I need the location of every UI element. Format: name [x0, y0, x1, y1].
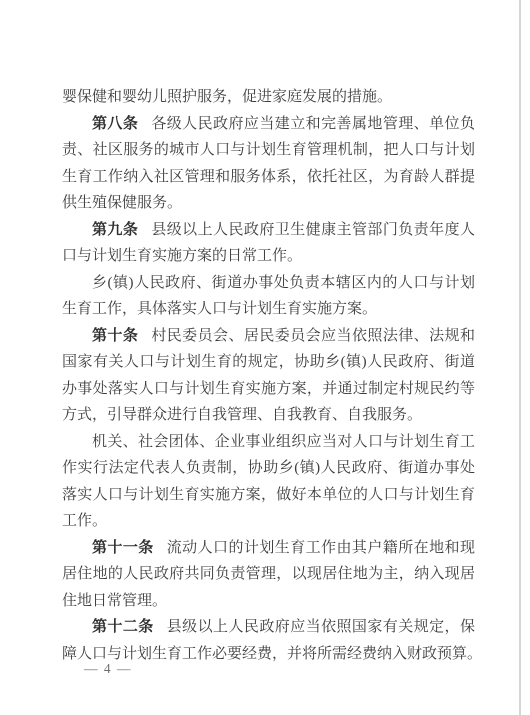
- document-line: 落实人口与计划生育实施方案，做好本单位的人口与计划生育: [62, 482, 475, 509]
- line-text: 国家有关人口与计划生育的规定，协助乡(镇)人民政府、街道: [62, 354, 475, 370]
- document-line: 第十一条流动人口的计划生育工作由其户籍所在地和现: [62, 535, 475, 562]
- line-text: 生育工作，具体落实人口与计划生育实施方案。: [62, 301, 377, 317]
- line-text: 办事处落实人口与计划生育实施方案，并通过制定村规民约等: [62, 381, 475, 397]
- line-text: 供生殖保健服务。: [62, 195, 182, 211]
- document-line: 机关、社会团体、企业事业组织应当对人口与计划生育工: [62, 429, 475, 456]
- line-text: 各级人民政府应当建立和完善属地管理、单位负: [151, 116, 475, 132]
- document-line: 办事处落实人口与计划生育实施方案，并通过制定村规民约等: [62, 376, 475, 403]
- line-text: 县级以上人民政府应当依照国家有关规定，保: [167, 619, 475, 635]
- line-text: 生育工作纳入社区管理和服务体系，依托社区，为育龄人群提: [62, 169, 475, 185]
- article-number: 第八条: [92, 116, 138, 132]
- article-number: 第十一条: [92, 540, 154, 556]
- line-text: 口与计划生育实施方案的日常工作。: [62, 248, 302, 264]
- document-line: 国家有关人口与计划生育的规定，协助乡(镇)人民政府、街道: [62, 349, 475, 376]
- document-line: 婴保健和婴幼儿照护服务，促进家庭发展的措施。: [62, 84, 475, 111]
- document-line: 作实行法定代表人负责制，协助乡(镇)人民政府、街道办事处: [62, 455, 475, 482]
- document-line: 生育工作纳入社区管理和服务体系，依托社区，为育龄人群提: [62, 164, 475, 191]
- document-line: 口与计划生育实施方案的日常工作。: [62, 243, 475, 270]
- article-number: 第九条: [92, 222, 138, 238]
- line-text: 婴保健和婴幼儿照护服务，促进家庭发展的措施。: [62, 89, 392, 105]
- document-line: 第九条县级以上人民政府卫生健康主管部门负责年度人: [62, 217, 475, 244]
- document-line: 住地日常管理。: [62, 588, 475, 615]
- line-text: 乡(镇)人民政府、街道办事处负责本辖区内的人口与计划: [92, 275, 475, 291]
- document-line: 第十条村民委员会、居民委员会应当依照法律、法规和: [62, 323, 475, 350]
- page-edge-line: [519, 0, 521, 715]
- line-text: 村民委员会、居民委员会应当依照法律、法规和: [151, 328, 475, 344]
- line-text: 居住地的人民政府共同负责管理，以现居住地为主，纳入现居: [62, 566, 475, 582]
- line-text: 责、社区服务的城市人口与计划生育管理机制，把人口与计划: [62, 142, 475, 158]
- line-text: 工作。: [62, 513, 107, 529]
- document-line: 居住地的人民政府共同负责管理，以现居住地为主，纳入现居: [62, 561, 475, 588]
- line-text: 机关、社会团体、企业事业组织应当对人口与计划生育工: [92, 434, 475, 450]
- document-line: 乡(镇)人民政府、街道办事处负责本辖区内的人口与计划: [62, 270, 475, 297]
- document-line: 生育工作，具体落实人口与计划生育实施方案。: [62, 296, 475, 323]
- line-text: 方式，引导群众进行自我管理、自我教育、自我服务。: [62, 407, 422, 423]
- line-text: 县级以上人民政府卫生健康主管部门负责年度人: [151, 222, 475, 238]
- document-line: 供生殖保健服务。: [62, 190, 475, 217]
- document-line: 第八条各级人民政府应当建立和完善属地管理、单位负: [62, 111, 475, 138]
- line-text: 作实行法定代表人负责制，协助乡(镇)人民政府、街道办事处: [62, 460, 475, 476]
- document-line: 责、社区服务的城市人口与计划生育管理机制，把人口与计划: [62, 137, 475, 164]
- document-line: 方式，引导群众进行自我管理、自我教育、自我服务。: [62, 402, 475, 429]
- document-body: 婴保健和婴幼儿照护服务，促进家庭发展的措施。第八条各级人民政府应当建立和完善属地…: [62, 84, 475, 667]
- document-line: 第十二条县级以上人民政府应当依照国家有关规定，保: [62, 614, 475, 641]
- document-page: 婴保健和婴幼儿照护服务，促进家庭发展的措施。第八条各级人民政府应当建立和完善属地…: [0, 0, 530, 715]
- page-number: — 4 —: [84, 661, 132, 677]
- document-line: 工作。: [62, 508, 475, 535]
- line-text: 住地日常管理。: [62, 593, 167, 609]
- article-number: 第十条: [92, 328, 138, 344]
- article-number: 第十二条: [92, 619, 154, 635]
- line-text: 障人口与计划生育工作必要经费，并将所需经费纳入财政预算。: [62, 646, 482, 662]
- line-text: 落实人口与计划生育实施方案，做好本单位的人口与计划生育: [62, 487, 475, 503]
- line-text: 流动人口的计划生育工作由其户籍所在地和现: [167, 540, 475, 556]
